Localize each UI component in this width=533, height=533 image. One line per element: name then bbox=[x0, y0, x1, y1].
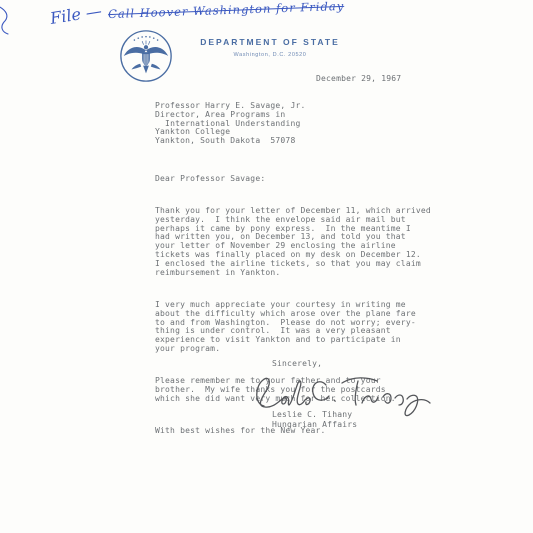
closing-sincerely: Sincerely, bbox=[272, 360, 322, 369]
handwritten-file-annotation: File — bbox=[49, 1, 103, 28]
paragraph-2: I very much appreciate your courtesy in … bbox=[155, 301, 445, 354]
letter-date: December 29, 1967 bbox=[316, 75, 401, 84]
typed-signature-name: Leslie C. Tihany bbox=[272, 411, 352, 420]
pen-scrawl-corner bbox=[0, 2, 24, 36]
recipient-address-block: Professor Harry E. Savage, Jr. Director,… bbox=[155, 102, 306, 146]
paragraph-1: Thank you for your letter of December 11… bbox=[155, 207, 445, 277]
salutation: Dear Professor Savage: bbox=[155, 175, 445, 184]
handwritten-crossed-note: Call Hoover Washington for Friday bbox=[108, 0, 345, 21]
letterhead-department-name: DEPARTMENT OF STATE bbox=[170, 37, 370, 47]
department-of-state-seal-icon bbox=[117, 27, 175, 85]
letter-page: File — Call Hoover Washington for Friday bbox=[0, 0, 533, 533]
typed-signature-title: Hungarian Affairs bbox=[272, 421, 357, 430]
signature-transcription: Leslie C. Tihany bbox=[250, 380, 260, 381]
letterhead-city-line: Washington, D.C. 20520 bbox=[170, 52, 370, 58]
